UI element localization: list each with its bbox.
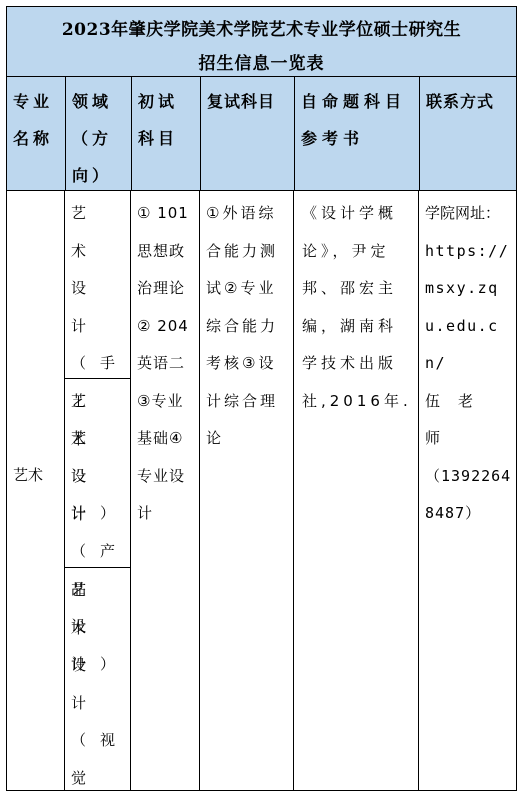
cell-contact: 学院网址： https://msxy.zqu.edu.cn/ 伍老师 （1392…	[419, 191, 516, 533]
header-row: 专业名称 领域（方向） 初试科目 复试科目 自命题科目参考书 联系方式	[7, 77, 516, 191]
header-field: 领域（方向）	[65, 77, 131, 190]
table-body: 艺术 艺术设计（手工艺设计） 艺术设计（产品设计） 艺术设计（视觉艺术设计） ①…	[7, 191, 516, 790]
table-title: 2023年肇庆学院美术学院艺术专业学位硕士研究生 招生信息一览表	[7, 7, 516, 77]
cell-field-product: 艺术设计（产品设计）	[65, 379, 130, 567]
cell-field-handcraft: 艺术设计（手工艺设计）	[65, 191, 130, 378]
title-line-2: 招生信息一览表	[7, 49, 516, 74]
contact-website-label: 学院网址：	[425, 195, 513, 233]
cell-reference-books: 《设计学概论》，尹定邦、邵宏主编，湖南科学技术出版社,2016年.	[294, 191, 418, 420]
header-prelim: 初试科目	[131, 77, 200, 190]
cell-major: 艺术	[7, 453, 64, 495]
cell-field-visual: 艺术设计（视觉艺术设计）	[65, 568, 130, 790]
admission-table: 2023年肇庆学院美术学院艺术专业学位硕士研究生 招生信息一览表 专业名称 领域…	[6, 6, 517, 791]
title-line-1: 2023年肇庆学院美术学院艺术专业学位硕士研究生	[7, 15, 516, 40]
contact-teacher: 伍老师	[425, 383, 513, 458]
header-retest: 复试科目	[200, 77, 294, 190]
cell-retest-exams: ①外语综合能力测试②专业综合能力考核③设计综合理论	[200, 191, 293, 458]
contact-phone: （13922648487）	[425, 458, 513, 533]
contact-website-link[interactable]: https://msxy.zqu.edu.cn/	[425, 233, 513, 383]
cell-prelim-exams: ① 101思想政治理论② 204英语二③专业基础④专业设计	[131, 191, 199, 533]
header-contact: 联系方式	[419, 77, 516, 190]
header-books: 自命题科目参考书	[294, 77, 419, 190]
header-major: 专业名称	[7, 77, 65, 190]
